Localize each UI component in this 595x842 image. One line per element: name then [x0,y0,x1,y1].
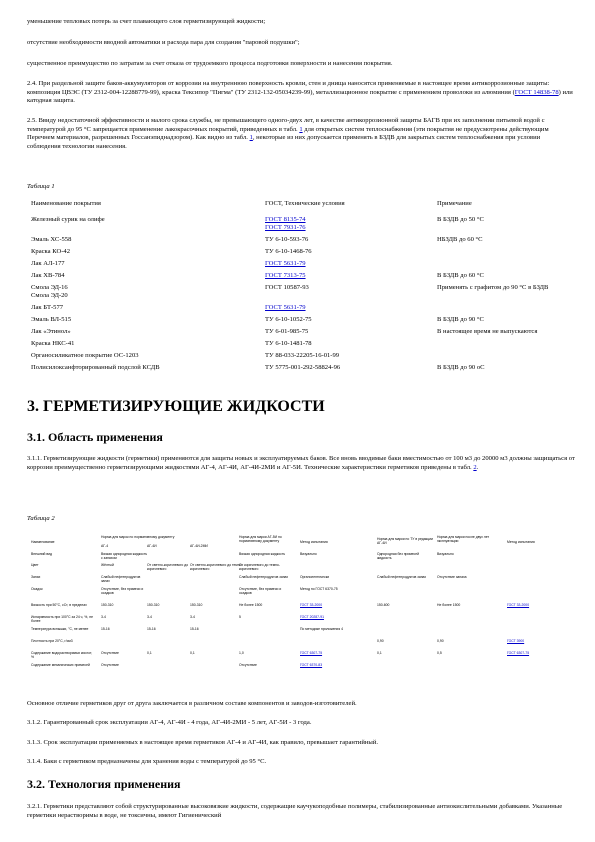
table-cell: Отсутствие [239,663,294,667]
table-cell-name: Железный сурик на олифе [31,216,261,224]
table-cell-name: Лак ХВ-784 [31,272,261,280]
table-cell-standard: ТУ 6-10-1052-75 [265,316,435,324]
section-title: 3. ГЕРМЕТИЗИРУЮЩИЕ ЖИДКОСТИ [27,398,325,416]
table-cell: Вязкая однородная жидкость [239,552,294,556]
intro-item: существенное преимущество по затратам за… [27,60,575,69]
table-cell: Не более 1500 [239,603,294,607]
paragraph-3-1-2: 3.1.2. Гарантированный срок эксплуатации… [27,719,575,728]
standard-text: ТУ 6-01-985-75 [265,328,435,336]
table-cell: Отсутствие [101,651,149,655]
table-cell: По методике приложения 4 [300,627,370,631]
table-cell: Температура вспышки, °С, не менее [31,627,96,631]
table-cell-name: Эмаль ХС-558 [31,236,261,244]
table-cell: Цвет [31,563,96,567]
gost-link[interactable]: ГОСТ 5631-79 [265,260,435,268]
standard-text: ТУ 6-10-1468-76 [265,248,435,256]
table-cell: 3-4 [101,615,149,619]
table2-caption: Таблица 2 [27,515,575,522]
table-cell: Отсутствие [101,663,149,667]
table-cell-note: Применять с графитом до 90 °С в БЗДВ [437,284,572,292]
gost-link[interactable]: ГОСТ 3900 [507,639,562,643]
table-cell: Содержание водорастворимых кислот, % [31,651,96,659]
table-header-cell: Метод испытания [507,540,567,544]
table-header-cell: АГ-4И-2МИ [190,544,235,548]
gost-link[interactable]: ГОСТ 6307-75 [507,651,562,655]
gost-link[interactable]: ГОСТ 20287-91 [300,615,370,619]
table-cell: Вязкость при 50°С, сСт, в пределах [31,603,96,607]
table-cell: От коричневого до темно-коричневого [239,563,294,571]
table-cell-note: В настоящее время не выпускаются [437,328,572,336]
table-cell: Внешний вид [31,552,96,556]
table-cell-standard: ГОСТ 10587-93 [265,284,435,292]
paragraph-2-4: 2.4. При раздельной защите баков-аккумул… [27,80,575,106]
table-cell: Однородная без примесей жидкость [377,552,432,560]
table-cell: Визуально [437,552,492,556]
table-cell: Плотность при 20°С, г/см3 [31,639,96,643]
table-header-cell: АГ-4 [101,544,141,548]
table-cell-standard: ГОСТ 7313-75 [265,272,435,280]
standard-text: ГОСТ 10587-93 [265,284,435,292]
paragraph-2-5: 2.5. Ввиду недостаточной эффективности и… [27,117,575,151]
table-header-cell: Метод испытания [300,540,370,544]
table-cell: 0,1 [377,651,432,655]
table-cell-standard: ТУ 6-10-593-76 [265,236,435,244]
table-header-cell: Примечание [437,200,572,208]
paragraph-3-1-1: 3.1.1. Герметизирующие жидкости (гермети… [27,455,575,472]
table-header-cell: Наименование [31,540,96,544]
table-cell-name: Смола ЭД-16 Смола ЭД-20 [31,284,261,300]
table-cell-standard: ТУ 6-10-1468-76 [265,248,435,256]
table-cell-name: Лак «Этинол» [31,328,261,336]
table-header-cell: Наименование покрытия [31,200,261,208]
table-cell: Не более 1500 [437,603,492,607]
intro-item: отсутствие необходимости вводной автомат… [27,39,575,48]
table-cell: Метод по ГОСТ 6370-75 [300,587,370,591]
standard-text: ТУ 6-10-593-76 [265,236,435,244]
table-cell: 1,0 [239,651,294,655]
gost-link[interactable]: ГОСТ 7313-75 [265,272,435,280]
table-cell: 150-310 [190,603,245,607]
gost-link[interactable]: ГОСТ 14838-78 [515,89,559,96]
gost-link[interactable]: ГОСТ 7931-76 [265,224,435,232]
table-cell: Слабый нефтепродуктов запах [101,575,149,583]
table-header-cell: Норма для марки АГ-5И по нормативному до… [239,535,297,543]
paragraph: Основное отличие герметиков друг от друг… [27,700,575,709]
table-cell: Отсутствие, без примеси и осадков [239,587,294,595]
table-cell-name: Органосиликатное покрытие ОС-1203 [31,352,261,360]
table-cell: 15-16 [101,627,149,631]
table1-caption: Таблица 1 [27,183,575,190]
table-cell: Слабый нефтепродуктов запах [377,575,432,579]
table-cell: Визуально [300,552,370,556]
table-cell: 15-16 [190,627,245,631]
table-cell: 150-600 [377,603,432,607]
intro-item: уменьшение тепловых потерь за счет плава… [27,18,575,27]
table-cell-name: Полисилоксанфторированный подслой КСДВ [31,364,261,372]
table-header-cell: ГОСТ, Технические условия [265,200,435,208]
gost-link[interactable]: ГОСТ 33-2000 [507,603,562,607]
table-cell-name: Лак АЛ-177 [31,260,261,268]
table-cell-standard: ТУ 6-10-1481-78 [265,340,435,348]
table-header-cell: Норма для марок по нормативному документ… [101,535,231,539]
table-cell: Отсутствие, без примеси и осадков [101,587,149,595]
table-cell-standard: ТУ 6-01-985-75 [265,328,435,336]
table-cell: От светло-коричневого до темно-коричнево… [190,563,245,571]
gost-link[interactable]: ГОСТ 6370-83 [300,663,370,667]
table-cell-standard: ГОСТ 8135-74ГОСТ 7931-76 [265,216,435,232]
table-cell-name: Краска НКС-41 [31,340,261,348]
standard-text: ТУ 6-10-1052-75 [265,316,435,324]
table-cell-note: В БЗДВ до 90 °С [437,316,572,324]
gost-link[interactable]: ГОСТ 6307-75 [300,651,370,655]
standard-text: ТУ 88-033-22205-16-01-99 [265,352,435,360]
gost-link[interactable]: ГОСТ 8135-74 [265,216,435,224]
table-cell: 3-4 [190,615,245,619]
table-cell-standard: ГОСТ 5631-79 [265,304,435,312]
table-header-cell: АГ-4И [147,544,187,548]
table-cell-name: Эмаль ВЛ-515 [31,316,261,324]
table-cell: 0,5 [437,651,492,655]
paragraph-3-1-3: 3.1.3. Срок эксплуатации применяемых в н… [27,739,575,748]
table-header-cell: Норма для марки по ТУ в редакции АГ-4И [377,537,435,545]
table-cell: Органолептически [300,575,370,579]
table-cell: 5 [239,615,294,619]
paragraph-3-2-1: 3.2.1. Герметики представляют собой стру… [27,803,575,820]
table-cell: 150-310 [101,603,149,607]
gost-link[interactable]: ГОСТ 33-2000 [300,603,370,607]
subsection-title: 3.1. Область применения [27,430,163,445]
table-cell: Отсутствие запаха [437,575,492,579]
subsection-title: 3.2. Технология применения [27,777,181,792]
table-cell: Слабый нефтепродуктов запах [239,575,294,579]
standard-text: ТУ 5775-001-292-58824-96 [265,364,435,372]
table-cell-note: В БЗДВ до 90 оС [437,364,572,372]
table-cell: Осадок [31,587,96,591]
table-cell-standard: ГОСТ 5631-79 [265,260,435,268]
table-cell: Запах [31,575,96,579]
table-cell: Жёлтый [101,563,149,567]
table-header-cell: Норма для марки после двух лет эксплуата… [437,535,503,543]
standard-text: ТУ 6-10-1481-78 [265,340,435,348]
table-cell: Вязкая однородная жидкость с запахом [101,552,149,560]
table-cell: 0,1 [190,651,245,655]
gost-link[interactable]: ГОСТ 5631-79 [265,304,435,312]
paragraph-3-1-4: 3.1.4. Баки с герметиком предназначены д… [27,758,575,767]
table-cell-name: Краска КО-42 [31,248,261,256]
table-cell-name: Лак БТ-577 [31,304,261,312]
table-cell: Содержание механических примесей [31,663,96,667]
table-cell: 0,90 [437,639,492,643]
table-cell-standard: ТУ 88-033-22205-16-01-99 [265,352,435,360]
table-cell-note: В БЗДВ до 60 °С [437,272,572,280]
table-cell-note: НБЗДВ до 60 °С [437,236,572,244]
table-cell-standard: ТУ 5775-001-292-58824-96 [265,364,435,372]
table-cell-note: В БЗДВ до 50 °С [437,216,572,224]
table-cell: Испаряемость при 100°С за 24 ч, %, не бо… [31,615,96,623]
table-cell: 0,90 [377,639,432,643]
